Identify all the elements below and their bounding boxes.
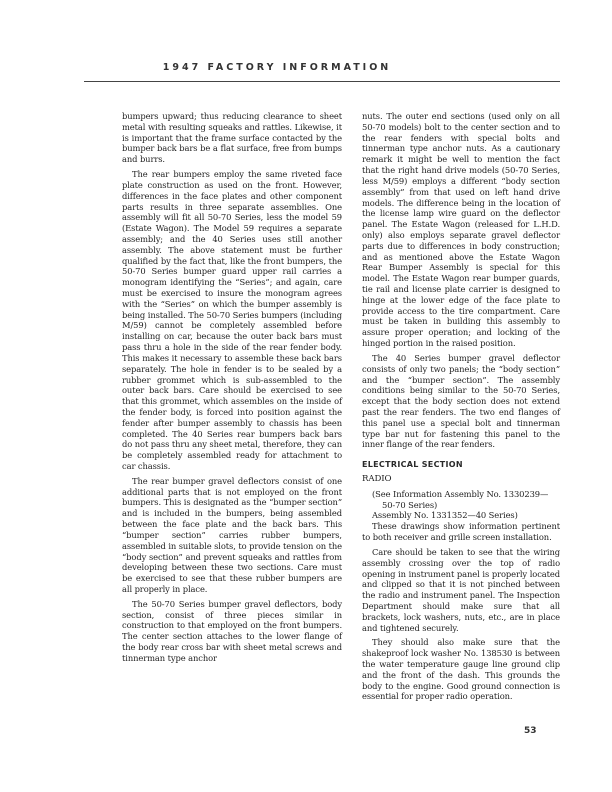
paragraph: These drawings show information pertinen… — [362, 521, 560, 543]
paragraph: Care should be taken to see that the wir… — [362, 547, 560, 634]
right-column: nuts. The outer end sections (used only … — [362, 111, 560, 706]
paragraph: bumpers upward; thus reducing clearance … — [122, 111, 342, 165]
running-header: 1947 FACTORY INFORMATION — [104, 62, 450, 73]
paragraph: nuts. The outer end sections (used only … — [362, 111, 560, 349]
header-rule — [84, 81, 560, 82]
paragraph: The rear bumper gravel deflectors consis… — [122, 476, 342, 595]
reference-line: (See Information Assembly No. 1330239— — [362, 489, 560, 500]
reference-line: Assembly No. 1331352—40 Series) — [362, 510, 560, 521]
section-heading: ELECTRICAL SECTION — [362, 460, 560, 471]
paragraph: The 40 Series bumper gravel deflector co… — [362, 353, 560, 450]
subheading: RADIO — [362, 474, 560, 485]
reference-line: 50-70 Series) — [362, 500, 560, 511]
paragraph: The 50-70 Series bumper gravel deflector… — [122, 599, 342, 664]
left-column: bumpers upward; thus reducing clearance … — [122, 111, 342, 668]
page-number: 53 — [524, 726, 537, 736]
paragraph: They should also make sure that the shak… — [362, 637, 560, 702]
paragraph: The rear bumpers employ the same riveted… — [122, 169, 342, 472]
